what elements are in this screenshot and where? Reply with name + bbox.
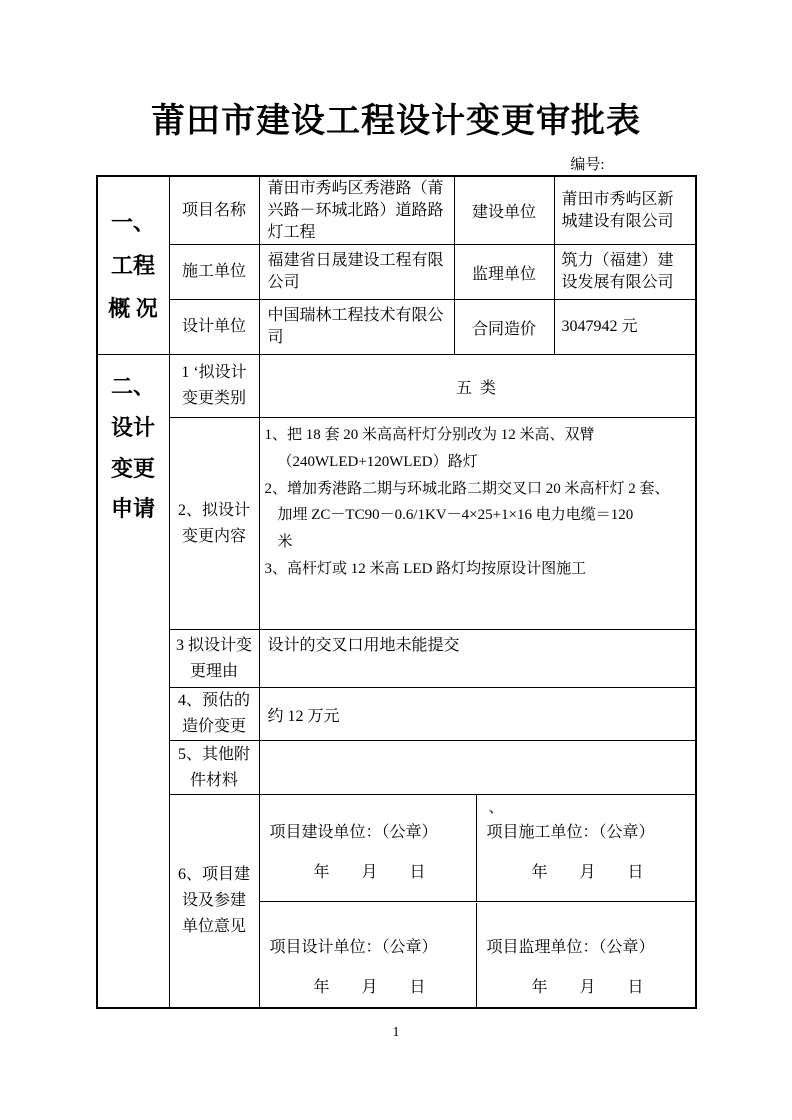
contractor-label: 施工单位: [170, 245, 260, 299]
section2-header-line: 申请: [111, 494, 155, 524]
sig-title: 项目建设单位：（公章）: [270, 819, 470, 842]
section1-header-line: 工程: [111, 251, 155, 281]
contract-price-label: 合同造价: [455, 300, 555, 354]
change-content-line: 1、把 18 套 20 米高高杆灯分别改为 12 米高、双臂: [265, 422, 691, 449]
table-row: 2、拟设计 变更内容 1、把 18 套 20 米高高杆灯分别改为 12 米高、双…: [170, 418, 695, 630]
table-row: 5、其他附 件材料: [170, 741, 695, 795]
contract-price-value: 3047942 元: [555, 300, 695, 354]
designer-value: 中国瑞林工程技术有限公司: [260, 300, 455, 354]
sig-date-line: 年 月 日: [270, 859, 470, 882]
section2-body: 1 ‘拟设计 变更类别 五 类 2、拟设计 变更内容 1、把 18 套 20 米…: [170, 355, 695, 1007]
sig-date-line: 年 月 日: [270, 974, 470, 997]
document-page: 莆田市建设工程设计变更审批表 编号: 一、 工程 概 况 项目名称 莆田市秀屿区…: [0, 0, 792, 1120]
construction-client-value: 莆田市秀屿区新城建设有限公司: [555, 177, 695, 244]
approval-form-table: 一、 工程 概 况 项目名称 莆田市秀屿区秀港路（莆兴路－环城北路）道路路灯工程…: [96, 175, 697, 1009]
construction-client-label: 建设单位: [455, 177, 555, 244]
supervisor-value: 筑力（福建）建设发展有限公司: [555, 245, 695, 299]
change-content-line: 米: [278, 529, 691, 556]
change-content-line: （240WLED+120WLED）路灯: [278, 449, 691, 476]
sig-title: 项目设计单位：（公章）: [270, 934, 470, 957]
change-content-line: 加埋 ZC－TC90－0.6/1KV－4×25+1×16 电力电缆＝120: [278, 502, 691, 529]
table-row: 项目名称 莆田市秀屿区秀港路（莆兴路－环城北路）道路路灯工程 建设单位 莆田市秀…: [170, 177, 695, 245]
attachments-label: 5、其他附 件材料: [170, 741, 260, 794]
page-number: 1: [0, 1025, 792, 1041]
sig-title: 项目施工单位：（公章）: [487, 819, 689, 842]
section1-header-line: 一、: [111, 208, 155, 238]
sig-cell-contractor: 、 项目施工单位：（公章） 年 月 日: [477, 795, 695, 902]
change-category-label: 1 ‘拟设计 变更类别: [170, 355, 260, 417]
form-title: 莆田市建设工程设计变更审批表: [0, 0, 792, 144]
stray-mark: 、: [489, 796, 504, 817]
table-row: 1 ‘拟设计 变更类别 五 类: [170, 355, 695, 418]
change-content-line: 2、增加秀港路二期与环城北路二期交叉口 20 米高杆灯 2 套、: [265, 476, 691, 503]
cost-change-value: 约 12 万元: [260, 688, 695, 740]
change-category-value: 五 类: [260, 355, 695, 417]
table-row: 6、项目建 设及参建 单位意见 项目建设单位：（公章） 年 月 日 、 项目施工…: [170, 795, 695, 1007]
project-name-value: 莆田市秀屿区秀港路（莆兴路－环城北路）道路路灯工程: [260, 177, 455, 244]
section1-header: 一、 工程 概 况: [98, 177, 170, 354]
signature-grid: 项目建设单位：（公章） 年 月 日 、 项目施工单位：（公章） 年 月 日 项目…: [260, 795, 695, 1007]
contractor-value: 福建省日晟建设工程有限公司: [260, 245, 455, 299]
section2-header: 二、 设计 变更 申请: [98, 355, 170, 1007]
sig-cell-construction-client: 项目建设单位：（公章） 年 月 日: [260, 795, 477, 902]
table-row: 4、预估的 造价变更 约 12 万元: [170, 688, 695, 741]
change-reason-label: 3 拟设计变 更理由: [170, 630, 260, 687]
unit-opinions-label: 6、项目建 设及参建 单位意见: [170, 795, 260, 1007]
sig-cell-supervisor: 项目监理单位：（公章） 年 月 日: [477, 903, 695, 1007]
supervisor-label: 监理单位: [455, 245, 555, 299]
table-row: 施工单位 福建省日晟建设工程有限公司 监理单位 筑力（福建）建设发展有限公司: [170, 245, 695, 300]
serial-number-label: 编号:: [96, 156, 697, 174]
cost-change-label: 4、预估的 造价变更: [170, 688, 260, 740]
sig-date-line: 年 月 日: [487, 974, 689, 997]
table-row: 设计单位 中国瑞林工程技术有限公司 合同造价 3047942 元: [170, 300, 695, 354]
sig-date-line: 年 月 日: [487, 859, 689, 882]
change-reason-value: 设计的交叉口用地未能提交: [260, 630, 695, 687]
section2-header-line: 变更: [111, 454, 155, 484]
project-name-label: 项目名称: [170, 177, 260, 244]
section-project-overview: 一、 工程 概 况 项目名称 莆田市秀屿区秀港路（莆兴路－环城北路）道路路灯工程…: [98, 177, 695, 355]
change-content-line: 3、高杆灯或 12 米高 LED 路灯均按原设计图施工: [265, 556, 691, 583]
designer-label: 设计单位: [170, 300, 260, 354]
section1-header-line: 概 况: [108, 294, 158, 324]
change-content-value: 1、把 18 套 20 米高高杆灯分别改为 12 米高、双臂 （240WLED+…: [260, 418, 695, 629]
section2-header-line: 二、: [111, 372, 155, 402]
section2-header-line: 设计: [111, 413, 155, 443]
table-row: 3 拟设计变 更理由 设计的交叉口用地未能提交: [170, 630, 695, 688]
sig-cell-designer: 项目设计单位：（公章） 年 月 日: [260, 903, 477, 1007]
section-design-change-request: 二、 设计 变更 申请 1 ‘拟设计 变更类别 五 类 2、拟设计 变更内容: [98, 355, 695, 1007]
section1-body: 项目名称 莆田市秀屿区秀港路（莆兴路－环城北路）道路路灯工程 建设单位 莆田市秀…: [170, 177, 695, 354]
change-content-label: 2、拟设计 变更内容: [170, 418, 260, 629]
sig-title: 项目监理单位：（公章）: [487, 934, 689, 957]
attachments-value: [260, 741, 695, 794]
